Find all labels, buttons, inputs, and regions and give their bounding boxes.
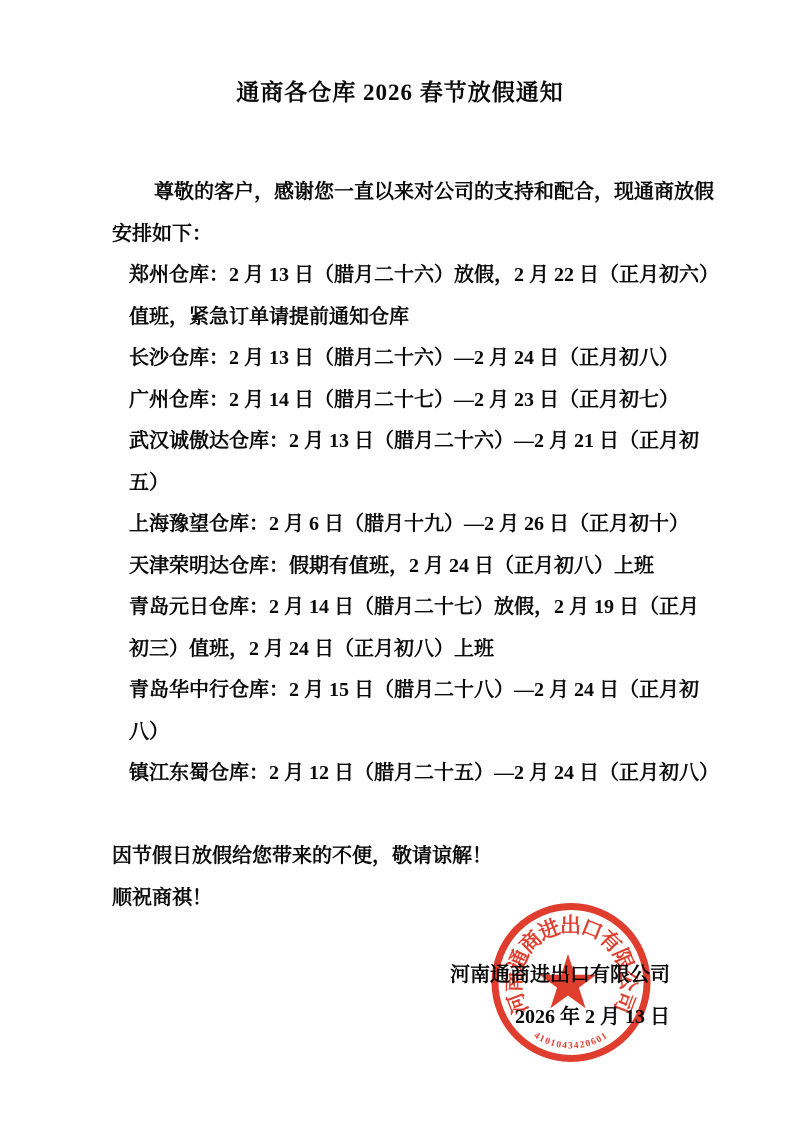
closing-block: 因节假日放假给您带来的不便，敬请谅解！ 顺祝商祺！ bbox=[112, 836, 698, 919]
schedule-line-qingdao-huazhongxing: 青岛华中行仓库：2 月 15 日（腊月二十八）—2 月 24 日（正月初 bbox=[129, 670, 698, 712]
notice-body: 尊敬的客户，感谢您一直以来对公司的支持和配合，现通商放假 安排如下： 郑州仓库：… bbox=[112, 172, 698, 919]
page-title: 通商各仓库 2026 春节放假通知 bbox=[0, 74, 800, 107]
closing-apology-line: 因节假日放假给您带来的不便，敬请谅解！ bbox=[112, 836, 698, 878]
intro-line: 尊敬的客户，感谢您一直以来对公司的支持和配合，现通商放假 bbox=[112, 172, 698, 214]
schedule-line-shanghai: 上海豫望仓库：2 月 6 日（腊月十九）—2 月 26 日（正月初十） bbox=[129, 504, 698, 546]
closing-wishes-line: 顺祝商祺！ bbox=[112, 878, 698, 920]
schedule-line-wuhan-cont: 五） bbox=[129, 463, 698, 505]
schedule-line-changsha: 长沙仓库：2 月 13 日（腊月二十六）—2 月 24 日（正月初八） bbox=[129, 338, 698, 380]
schedule-line-zhengzhou: 郑州仓库：2 月 13 日（腊月二十六）放假，2 月 22 日（正月初六） bbox=[129, 255, 698, 297]
notice-document-page: 通商各仓库 2026 春节放假通知 尊敬的客户，感谢您一直以来对公司的支持和配合… bbox=[0, 0, 800, 1131]
schedule-line-qingdao-yuanri: 青岛元日仓库：2 月 14 日（腊月二十七）放假，2 月 19 日（正月 bbox=[129, 587, 698, 629]
schedule-line-qingdao-huazhongxing-cont: 八） bbox=[129, 712, 698, 754]
signature-date: 2026 年 2 月 13 日 bbox=[450, 996, 670, 1038]
intro-line: 安排如下： bbox=[112, 214, 698, 256]
schedule-line-tianjin: 天津荣明达仓库：假期有值班，2 月 24 日（正月初八）上班 bbox=[129, 546, 698, 588]
signature-block: 河南通商进出口有限公司 2026 年 2 月 13 日 bbox=[450, 954, 670, 1038]
signature-company-name: 河南通商进出口有限公司 bbox=[450, 954, 670, 996]
schedule-line-qingdao-yuanri-cont: 初三）值班，2 月 24 日（正月初八）上班 bbox=[129, 629, 698, 671]
schedule-line-zhengzhou-cont: 值班，紧急订单请提前通知仓库 bbox=[129, 297, 698, 339]
schedule-line-wuhan: 武汉诚傲达仓库：2 月 13 日（腊月二十六）—2 月 21 日（正月初 bbox=[129, 421, 698, 463]
schedule-line-guangzhou: 广州仓库：2 月 14 日（腊月二十七）—2 月 23 日（正月初七） bbox=[129, 380, 698, 422]
schedule-line-zhenjiang: 镇江东蜀仓库：2 月 12 日（腊月二十五）—2 月 24 日（正月初八） bbox=[129, 753, 698, 795]
